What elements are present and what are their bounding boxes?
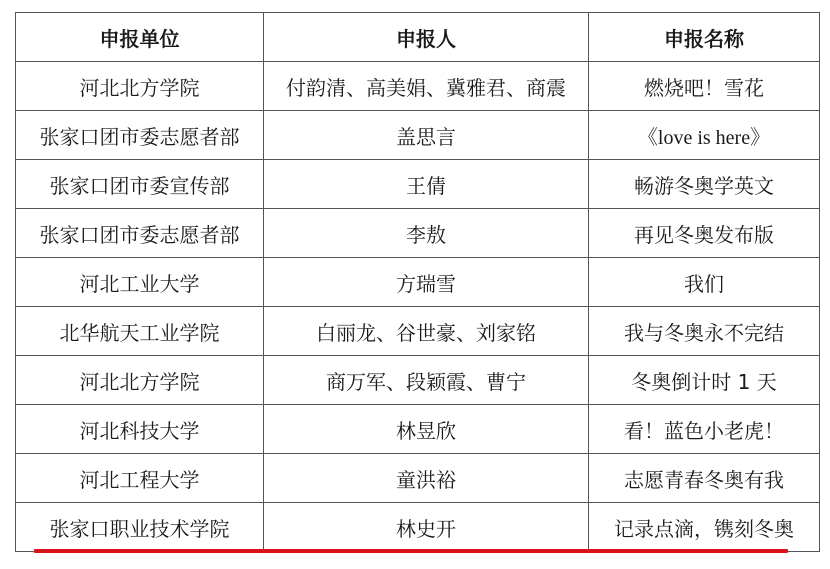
cell-title: 《love is here》 xyxy=(589,111,820,160)
table-row: 张家口团市委志愿者部 盖思言 《love is here》 xyxy=(16,111,820,160)
cell-applicants: 付韵清、高美娟、冀雅君、商震 xyxy=(264,62,589,111)
cell-title: 燃烧吧！雪花 xyxy=(589,62,820,111)
cell-title: 记录点滴，镌刻冬奥 xyxy=(589,503,820,552)
header-title: 申报名称 xyxy=(589,13,820,62)
cell-applicants: 白丽龙、谷世豪、刘家铭 xyxy=(264,307,589,356)
header-applicants: 申报人 xyxy=(264,13,589,62)
cell-title: 冬奥倒计时 1 天 xyxy=(589,356,820,405)
table-row: 张家口团市委宣传部 王倩 畅游冬奥学英文 xyxy=(16,160,820,209)
cell-applicants: 童洪裕 xyxy=(264,454,589,503)
cell-unit: 河北工业大学 xyxy=(16,258,264,307)
header-row: 申报单位 申报人 申报名称 xyxy=(16,13,820,62)
cell-applicants: 李敖 xyxy=(264,209,589,258)
cell-applicants: 盖思言 xyxy=(264,111,589,160)
header-unit: 申报单位 xyxy=(16,13,264,62)
cell-applicants: 林史开 xyxy=(264,503,589,552)
cell-applicants: 商万军、段颖霞、曹宁 xyxy=(264,356,589,405)
award-list-table: 申报单位 申报人 申报名称 河北北方学院 付韵清、高美娟、冀雅君、商震 燃烧吧！… xyxy=(15,12,820,552)
cell-applicants: 方瑞雪 xyxy=(264,258,589,307)
cell-title: 畅游冬奥学英文 xyxy=(589,160,820,209)
table-row: 北华航天工业学院 白丽龙、谷世豪、刘家铭 我与冬奥永不完结 xyxy=(16,307,820,356)
cell-unit: 河北北方学院 xyxy=(16,356,264,405)
table-row-highlighted: 张家口职业技术学院 林史开 记录点滴，镌刻冬奥 xyxy=(16,503,820,552)
table-row: 河北北方学院 商万军、段颖霞、曹宁 冬奥倒计时 1 天 xyxy=(16,356,820,405)
cell-unit: 河北北方学院 xyxy=(16,62,264,111)
cell-title: 我们 xyxy=(589,258,820,307)
table-row: 河北科技大学 林昱欣 看！蓝色小老虎！ xyxy=(16,405,820,454)
red-highlight-underline xyxy=(34,549,788,553)
table-row: 河北北方学院 付韵清、高美娟、冀雅君、商震 燃烧吧！雪花 xyxy=(16,62,820,111)
table-row: 河北工业大学 方瑞雪 我们 xyxy=(16,258,820,307)
cell-applicants: 林昱欣 xyxy=(264,405,589,454)
cell-title: 我与冬奥永不完结 xyxy=(589,307,820,356)
cell-unit: 河北科技大学 xyxy=(16,405,264,454)
cell-title: 看！蓝色小老虎！ xyxy=(589,405,820,454)
table-row: 张家口团市委志愿者部 李敖 再见冬奥发布版 xyxy=(16,209,820,258)
cell-unit: 张家口团市委宣传部 xyxy=(16,160,264,209)
cell-unit: 张家口团市委志愿者部 xyxy=(16,209,264,258)
cell-unit: 河北工程大学 xyxy=(16,454,264,503)
cell-unit: 张家口职业技术学院 xyxy=(16,503,264,552)
table-row: 河北工程大学 童洪裕 志愿青春冬奥有我 xyxy=(16,454,820,503)
cell-unit: 北华航天工业学院 xyxy=(16,307,264,356)
cell-unit: 张家口团市委志愿者部 xyxy=(16,111,264,160)
cell-title: 再见冬奥发布版 xyxy=(589,209,820,258)
cell-title: 志愿青春冬奥有我 xyxy=(589,454,820,503)
cell-applicants: 王倩 xyxy=(264,160,589,209)
